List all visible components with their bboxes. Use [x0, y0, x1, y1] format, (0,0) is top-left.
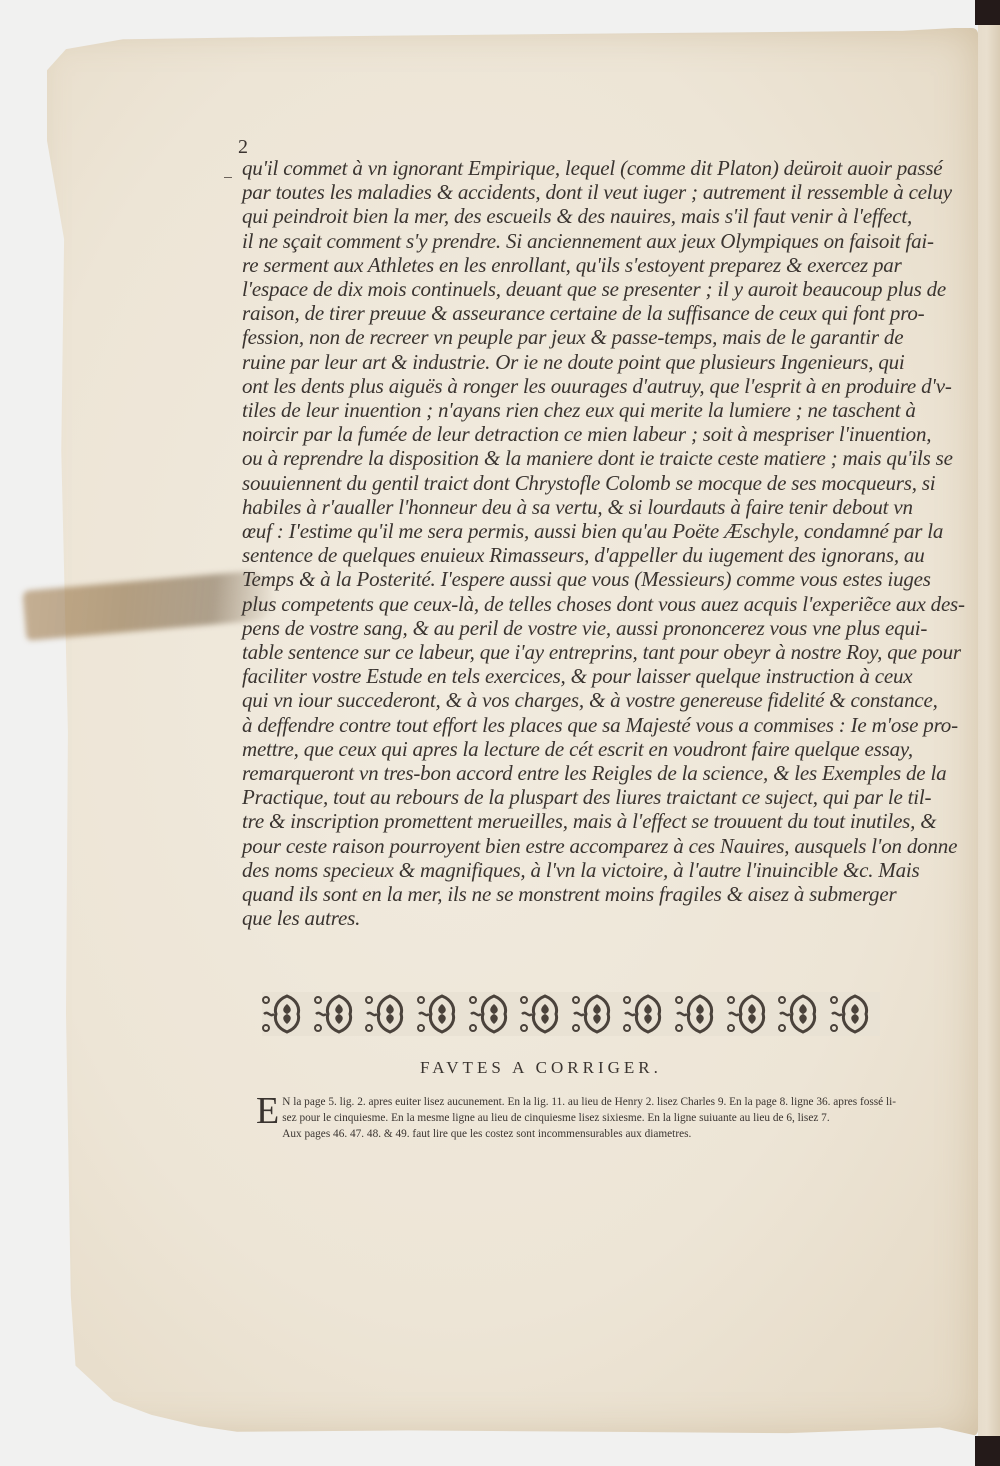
text-line: ruine par leur art & industrie. Or ie ne…: [242, 350, 892, 374]
text-line: plus competents que ceux-là, de telles c…: [242, 592, 892, 616]
cover-corner-top: [975, 0, 1000, 25]
fleuron-icon: [778, 992, 828, 1036]
text-line: des noms specieux & magnifiques, à l'vn …: [242, 858, 892, 882]
text-line: œuf : I'estime qu'il me sera permis, aus…: [242, 519, 892, 543]
drop-cap: E: [256, 1095, 279, 1127]
text-line: l'espace de dix mois continuels, deuant …: [242, 277, 892, 301]
text-line: ont les dents plus aiguës à ronger les o…: [242, 374, 892, 398]
errata-line: Aux pages 46. 47. 48. & 49. faut lire qu…: [256, 1126, 896, 1142]
fleuron-icon: [727, 992, 777, 1036]
fleuron-icon: [520, 992, 570, 1036]
text-line: par toutes les maladies & accidents, don…: [242, 180, 892, 204]
fleuron-icon: [572, 992, 622, 1036]
text-line: à deffendre contre tout effort les place…: [242, 713, 892, 737]
text-line: souuiennent du gentil traict dont Chryst…: [242, 471, 892, 495]
text-line: noircir par la fumée de leur detraction …: [242, 422, 892, 446]
text-line: re serment aux Athletes en les enrollant…: [242, 253, 892, 277]
fleuron-icon: [675, 992, 725, 1036]
fleuron-icon: [469, 992, 519, 1036]
text-line: qu'il commet à vn ignorant Empirique, le…: [242, 156, 892, 180]
text-line: tiles de leur inuention ; n'ayans rien c…: [242, 398, 892, 422]
text-line: quand ils sont en la mer, ils ne se mons…: [242, 882, 892, 906]
fleuron-icon: [623, 992, 673, 1036]
text-line: habiles à r'aualler l'honneur deu à sa v…: [242, 495, 892, 519]
fleuron-icon: [314, 992, 364, 1036]
fleuron-icon: [365, 992, 415, 1036]
body-text: qu'il commet à vn ignorant Empirique, le…: [242, 156, 892, 931]
errata-block: E N la page 5. lig. 2. apres euiter lise…: [256, 1094, 896, 1142]
cover-corner-bottom: [975, 1436, 1000, 1466]
text-line: que les autres.: [242, 906, 892, 930]
text-line: pens de vostre sang, & au peril de vostr…: [242, 616, 892, 640]
fleuron-icon: [830, 992, 880, 1036]
margin-mark: [224, 177, 232, 178]
text-line: tre & inscription promettent merueilles,…: [242, 809, 892, 833]
text-line: Temps & à la Posterité. I'espere aussi q…: [242, 567, 892, 591]
text-line: qui peindroit bien la mer, des escueils …: [242, 204, 892, 228]
text-line: Practique, tout au rebours de la pluspar…: [242, 785, 892, 809]
fleuron-icon: [417, 992, 467, 1036]
errata-title: FAVTES A CORRIGER.: [420, 1058, 662, 1078]
text-line: pour ceste raison pourroyent bien estre …: [242, 834, 892, 858]
errata-line: N la page 5. lig. 2. apres euiter lisez …: [256, 1094, 896, 1110]
text-line: faciliter vostre Estude en tels exercice…: [242, 664, 892, 688]
ornament-band: [262, 992, 880, 1036]
text-line: qui vn iour succederont, & à vos charges…: [242, 688, 892, 712]
errata-line: sez pour le cinquiesme. En la mesme lign…: [256, 1110, 896, 1126]
fleuron-icon: [262, 992, 312, 1036]
text-line: sentence de quelques enuieux Rimasseurs,…: [242, 543, 892, 567]
book-binding-edge: [978, 0, 1000, 1466]
text-line: ou à reprendre la disposition & la manie…: [242, 446, 892, 470]
text-line: mettre, que ceux qui apres la lecture de…: [242, 737, 892, 761]
text-line: il ne sçait comment s'y prendre. Si anci…: [242, 229, 892, 253]
text-line: table sentence sur ce labeur, que i'ay e…: [242, 640, 892, 664]
text-line: remarqueront vn tres-bon accord entre le…: [242, 761, 892, 785]
text-line: fession, non de recreer vn peuple par je…: [242, 325, 892, 349]
text-line: raison, de tirer preuue & asseurance cer…: [242, 301, 892, 325]
